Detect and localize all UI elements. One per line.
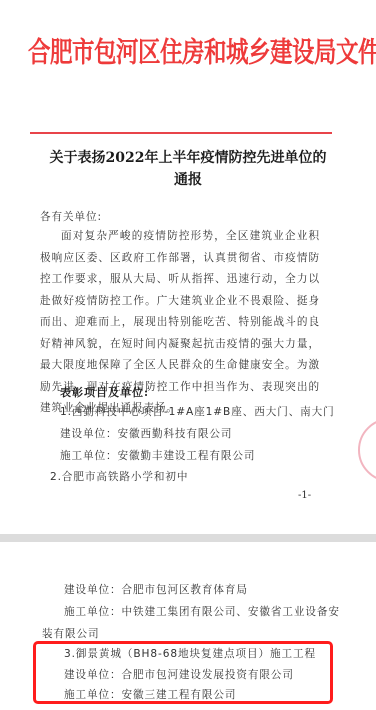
section-heading: 表彰项目及单位:	[60, 384, 149, 400]
page-number: -1-	[298, 490, 311, 501]
red-divider-rule	[30, 132, 332, 134]
item-2-title: 2.合肥市高铁路小学和初中	[50, 469, 188, 484]
item-1-builder: 建设单位：安徽西勤科技有限公司	[60, 426, 232, 441]
title-line-2: 通报	[20, 169, 356, 191]
item-2-contractor: 施工单位：中铁建工集团有限公司、安徽省工业设备安	[64, 604, 340, 619]
item-2-contractor-cont: 装有限公司	[42, 626, 99, 641]
item-1-contractor: 施工单位：安徽勤丰建设工程有限公司	[60, 448, 255, 463]
item-2-builder: 建设单位：合肥市包河区教育体育局	[64, 582, 248, 597]
page-separator	[0, 534, 376, 542]
title-line-1: 关于表扬2022年上半年疫情防控先进单位的	[20, 147, 356, 169]
item-1-title: 1.西勤科技中心项目-1#A座1#B座、西大门、南大门	[60, 404, 335, 419]
masthead-title: 合肥市包河区住房和城乡建设局文件	[28, 30, 348, 70]
red-highlight-box	[33, 641, 333, 704]
document-page-1: 合肥市包河区住房和城乡建设局文件 关于表扬2022年上半年疫情防控先进单位的 通…	[0, 0, 376, 534]
official-seal-stamp	[358, 418, 376, 482]
document-title: 关于表扬2022年上半年疫情防控先进单位的 通报	[20, 147, 356, 191]
